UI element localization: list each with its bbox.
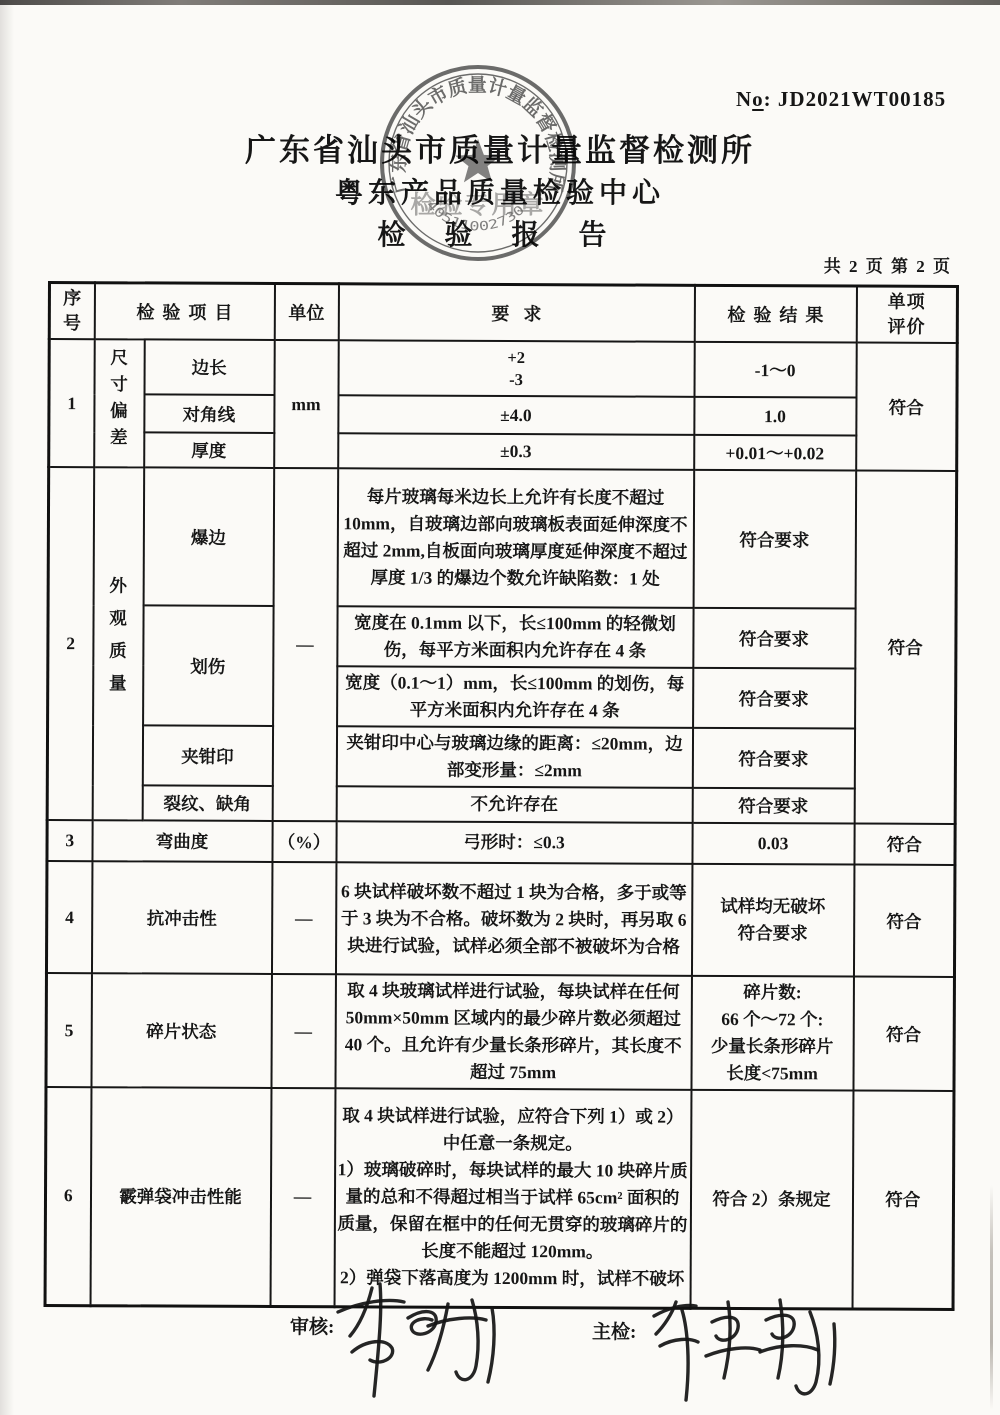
row2-sub5-item: 裂纹、缺角 (142, 785, 272, 821)
row2-sub4-requirement: 夹钳印中心与玻璃边缘的距离：≤20mm，边部变形量：≤2mm (336, 726, 692, 788)
row6-seq: 6 (45, 1087, 91, 1305)
row6-requirement: 取 4 块试样进行试验，应符合下列 1）或 2）中任意一条规定。 1）玻璃破碎时… (334, 1088, 691, 1308)
table-row: 夹钳印 夹钳印中心与玻璃边缘的距离：≤20mm，边部变形量：≤2mm 符合要求 (47, 725, 955, 789)
row2-sub1-requirement: 每片玻璃每米边长上允许有长度不超过 10mm，自玻璃边部向玻璃板表面延伸深度不超… (337, 468, 694, 608)
row6-unit: — (270, 1088, 335, 1306)
row4-seq: 4 (46, 861, 91, 973)
col-header-requirement-label: 要求 (477, 304, 555, 324)
row1-sub1-result: -1～0 (694, 342, 856, 398)
row1-sub3-item: 厚度 (144, 432, 274, 468)
row6-result: 符合 2）条规定 (690, 1090, 853, 1309)
table-row: 对角线 ±4.0 1.0 (49, 394, 957, 436)
row2-sub2-item: 划伤 (143, 605, 274, 726)
requirement-line: 取 4 块试样进行试验，应符合下列 1）或 2）中任意一条规定。 (338, 1103, 688, 1159)
row2-unit: — (272, 468, 338, 821)
table-row: 4 抗冲击性 — 6 块试样破坏数不超过 1 块为合格，多于或等于 3 块为不合… (46, 861, 954, 977)
row2-sub2-result: 符合要求 (693, 608, 855, 669)
row5-seq: 5 (46, 973, 91, 1087)
table-row: 1 尺寸偏差 边长 mm +2 -3 -1～0 符合 (49, 339, 957, 398)
result-line: 碎片数: (694, 979, 850, 1007)
report-number-prefix: N (736, 87, 752, 111)
row4-requirement: 6 块试样破坏数不超过 1 块为合格，多于或等于 3 块为不合格。破坏数为 2 … (335, 862, 691, 976)
page-count: 共 2 页 第 2 页 (824, 252, 952, 277)
row3-seq: 3 (47, 820, 92, 861)
col-header-item-label: 检验项目 (128, 302, 240, 322)
table-row: 3 弯曲度 （%） 弓形时：≤0.3 0.03 符合 (47, 820, 955, 865)
result-line: 符合要求 (695, 920, 851, 948)
official-stamp: 广东省汕头市质量计量监督检测所 检验专用章 40511002730 (373, 58, 583, 268)
row3-unit: （%） (272, 821, 336, 862)
row1-sub2-requirement: ±4.0 (338, 395, 694, 435)
scanned-report-page: No: JD2021WT00185 广东省汕头市质量计量监督检测所 粤东产品质量… (0, 0, 1000, 1415)
row2-sub5-requirement: 不允许存在 (336, 786, 692, 823)
table-row: 裂纹、缺角 不允许存在 符合要求 (47, 785, 955, 824)
row2-sub4-result: 符合要求 (692, 728, 854, 789)
row1-group-text: 尺寸偏差 (106, 348, 131, 454)
table-row: 划伤 宽度在 0.1mm 以下，长≤100mm 的轻微划伤，每平方米面积内允许存… (48, 605, 956, 669)
row2-group-label: 外观质量 (92, 467, 144, 820)
requirement-line: -3 (341, 368, 691, 392)
row2-evaluation: 符合 (854, 471, 957, 824)
row2-sub4-item: 夹钳印 (142, 725, 272, 786)
col-header-evaluation-label: 单项评价 (887, 290, 927, 340)
report-number-prefix-o: o (752, 87, 764, 111)
row4-result: 试样均无破坏 符合要求 (691, 864, 853, 977)
row2-sub1-result: 符合要求 (693, 470, 856, 609)
row3-requirement: 弓形时：≤0.3 (336, 821, 692, 864)
row1-sub2-result: 1.0 (694, 397, 856, 436)
row1-evaluation: 符合 (856, 343, 958, 471)
row2-sub3-requirement: 宽度（0.1～1）mm，长≤100mm 的划伤，每平方米面积内允许存在 4 条 (337, 666, 693, 728)
row2-sub3-result: 符合要求 (693, 668, 855, 729)
row3-result: 0.03 (692, 823, 854, 865)
row3-evaluation: 符合 (854, 824, 955, 865)
row5-unit: — (271, 974, 335, 1088)
result-line: 试样均无破坏 (695, 893, 851, 921)
row5-result: 碎片数: 66 个～72 个: 少量长条形碎片 长度<75mm (691, 976, 853, 1091)
row1-seq: 1 (49, 339, 95, 467)
row1-sub3-result: +0.01～+0.02 (694, 435, 856, 471)
row1-sub1-item: 边长 (144, 339, 274, 395)
col-header-result-label: 检验结果 (719, 305, 831, 325)
row4-item: 抗冲击性 (91, 861, 271, 974)
reviewer-signature (328, 1276, 528, 1406)
row2-group-text: 外观质量 (105, 576, 131, 706)
col-header-evaluation: 单项评价 (856, 286, 957, 343)
col-header-requirement: 要求 (338, 284, 694, 342)
row1-sub1-requirement: +2 -3 (338, 340, 694, 397)
col-header-result: 检验结果 (694, 285, 856, 342)
col-header-seq-label: 序号 (62, 286, 82, 336)
col-header-item: 检验项目 (94, 283, 274, 340)
scan-edge-artifact (0, 0, 1000, 5)
col-header-unit-label: 单位 (288, 303, 324, 323)
row5-evaluation: 符合 (853, 977, 954, 1091)
inspector-label: 主检: (592, 1317, 636, 1344)
table-row: 2 外观质量 爆边 — 每片玻璃每米边长上允许有长度不超过 10mm，自玻璃边部… (48, 467, 957, 609)
row6-item: 霰弹袋冲击性能 (90, 1087, 271, 1306)
result-line: 少量长条形碎片 (694, 1033, 850, 1061)
inspector-signature (648, 1294, 858, 1409)
row2-sub1-item: 爆边 (143, 467, 274, 606)
row4-evaluation: 符合 (853, 865, 954, 977)
row1-group-label: 尺寸偏差 (94, 339, 145, 467)
row5-requirement: 取 4 块玻璃试样进行试验，每块试样在任何 50mm×50mm 区域内的最少碎片… (335, 974, 691, 1090)
row1-sub2-item: 对角线 (144, 394, 274, 433)
report-number: No: JD2021WT00185 (736, 87, 946, 112)
row1-sub3-requirement: ±0.3 (338, 433, 694, 470)
inspection-table: 序号 检验项目 单位 要求 检验结果 单项评价 1 尺寸偏差 边长 mm +2 … (44, 281, 959, 1310)
result-line: 长度<75mm (694, 1060, 850, 1088)
requirement-line: 1）玻璃破碎时，每块试样的最大 10 块碎片质量的总和不得超过相当于试样 65c… (337, 1157, 687, 1267)
col-header-unit: 单位 (274, 283, 338, 340)
table-row: 5 碎片状态 — 取 4 块玻璃试样进行试验，每块试样在任何 50mm×50mm… (46, 973, 954, 1091)
table-row: 厚度 ±0.3 +0.01～+0.02 (49, 432, 957, 471)
row2-sub2-requirement: 宽度在 0.1mm 以下，长≤100mm 的轻微划伤，每平方米面积内允许存在 4… (337, 606, 693, 668)
stamp-star-icon (455, 139, 501, 182)
row6-evaluation: 符合 (852, 1091, 954, 1309)
table-header-row: 序号 检验项目 单位 要求 检验结果 单项评价 (49, 283, 957, 343)
row3-item: 弯曲度 (92, 820, 272, 862)
result-line: 66 个～72 个: (694, 1006, 850, 1034)
row4-unit: — (271, 862, 335, 974)
col-header-seq: 序号 (49, 283, 94, 340)
scan-streak-artifact (990, 1185, 993, 1410)
row2-seq: 2 (47, 467, 94, 820)
row1-unit: mm (274, 340, 339, 468)
row2-sub5-result: 符合要求 (692, 788, 854, 824)
row5-item: 碎片状态 (91, 973, 271, 1088)
requirement-line: +2 (341, 346, 691, 370)
report-number-value: : JD2021WT00185 (764, 87, 946, 111)
